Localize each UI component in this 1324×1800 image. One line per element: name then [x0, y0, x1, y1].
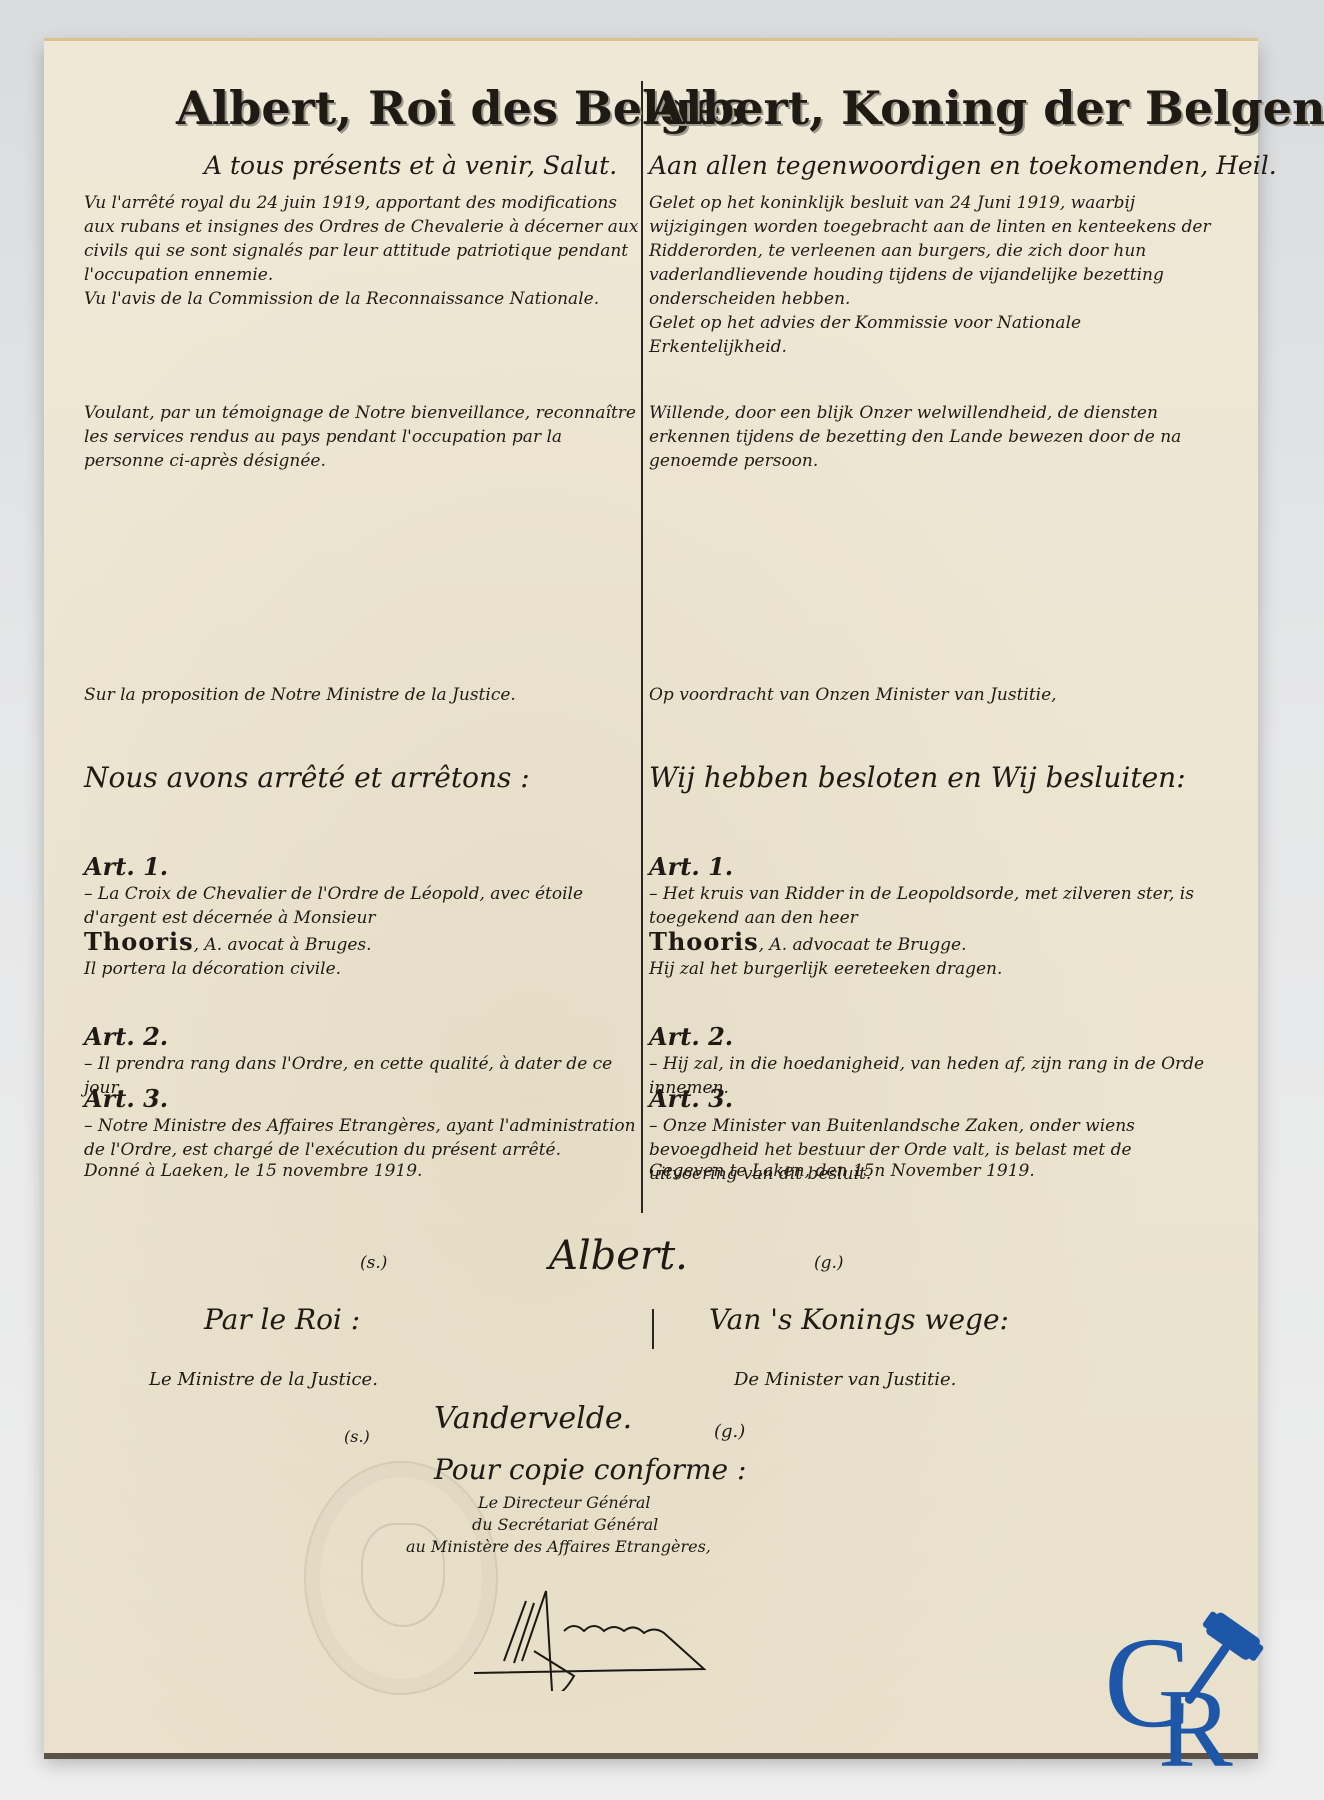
- french-preamble: Vu l'arrêté royal du 24 juin 1919, appor…: [84, 191, 639, 311]
- french-intent: Voulant, par un témoignage de Notre bien…: [84, 401, 639, 473]
- article-text: – Het kruis van Ridder in de Leopoldsord…: [649, 884, 1194, 928]
- column-divider: [641, 81, 643, 1213]
- director-signature-icon: [464, 1581, 734, 1691]
- article-label: Art. 1.: [649, 852, 733, 881]
- dutch-proposal: Op voordracht van Onzen Minister van Jus…: [649, 683, 1219, 707]
- french-proposal: Sur la proposition de Notre Ministre de …: [84, 683, 639, 707]
- minister-title-fr: Le Ministre de la Justice.: [149, 1369, 378, 1390]
- dutch-title: Albert, Koning der Belgen.: [649, 81, 1324, 135]
- director-line-1: Le Directeur Général: [478, 1493, 650, 1512]
- minister-title-nl: De Minister van Justitie.: [734, 1369, 956, 1390]
- by-king-nl: Van 's Konings wege:: [709, 1303, 1009, 1336]
- recipient-name: Thooris: [84, 927, 194, 956]
- copy-conform: Pour copie conforme :: [434, 1453, 746, 1486]
- article-label: Art. 3.: [649, 1084, 733, 1113]
- king-signed-fr: (s.): [360, 1253, 387, 1273]
- by-king-fr: Par le Roi :: [204, 1303, 360, 1336]
- french-article-3: Art. 3. – Notre Ministre des Affaires Et…: [84, 1063, 639, 1162]
- article-label: Art. 1.: [84, 852, 168, 881]
- king-signature: Albert.: [549, 1233, 688, 1279]
- minister-signed-nl: (g.): [714, 1421, 745, 1442]
- dutch-preamble: Gelet op het koninklijk besluit van 24 J…: [649, 191, 1219, 359]
- dutch-salutation: Aan allen tegenwoordigen en toekomenden,…: [649, 151, 1277, 180]
- french-given-date: Donné à Laeken, le 15 novembre 1919.: [84, 1159, 639, 1183]
- article-label: Art. 3.: [84, 1084, 168, 1113]
- article-label: Art. 2.: [84, 1022, 168, 1051]
- article-text: – La Croix de Chevalier de l'Ordre de Lé…: [84, 884, 583, 928]
- cr-watermark-logo: C R: [1094, 1601, 1304, 1781]
- french-decree-heading: Nous avons arrêté et arrêtons :: [84, 761, 530, 794]
- recipient-name: Thooris: [649, 927, 759, 956]
- dutch-article-1: Art. 1. – Het kruis van Ridder in de Leo…: [649, 831, 1219, 981]
- article-label: Art. 2.: [649, 1022, 733, 1051]
- dutch-given-date: Gegeven te Laken, den 15n November 1919.: [649, 1159, 1219, 1183]
- french-article-1: Art. 1. – La Croix de Chevalier de l'Ord…: [84, 831, 639, 981]
- article-text: – Notre Ministre des Affaires Etrangères…: [84, 1116, 636, 1160]
- minister-signed-fr: (s.): [344, 1427, 370, 1446]
- french-salutation: A tous présents et à venir, Salut.: [204, 151, 617, 180]
- king-signed-nl: (g.): [814, 1253, 844, 1273]
- cr-logo-icon: C R: [1094, 1601, 1304, 1781]
- director-line-2: du Secrétariat Général: [472, 1515, 658, 1534]
- decree-document: Albert, Roi des Belges A tous présents e…: [44, 38, 1258, 1753]
- minister-name: Vandervelde.: [434, 1401, 632, 1436]
- dutch-decree-heading: Wij hebben besloten en Wij besluiten:: [649, 761, 1186, 794]
- dutch-intent: Willende, door een blijk Onzer welwillen…: [649, 401, 1219, 473]
- signature-divider: [652, 1309, 654, 1349]
- director-line-3: au Ministère des Affaires Etrangères,: [406, 1537, 711, 1556]
